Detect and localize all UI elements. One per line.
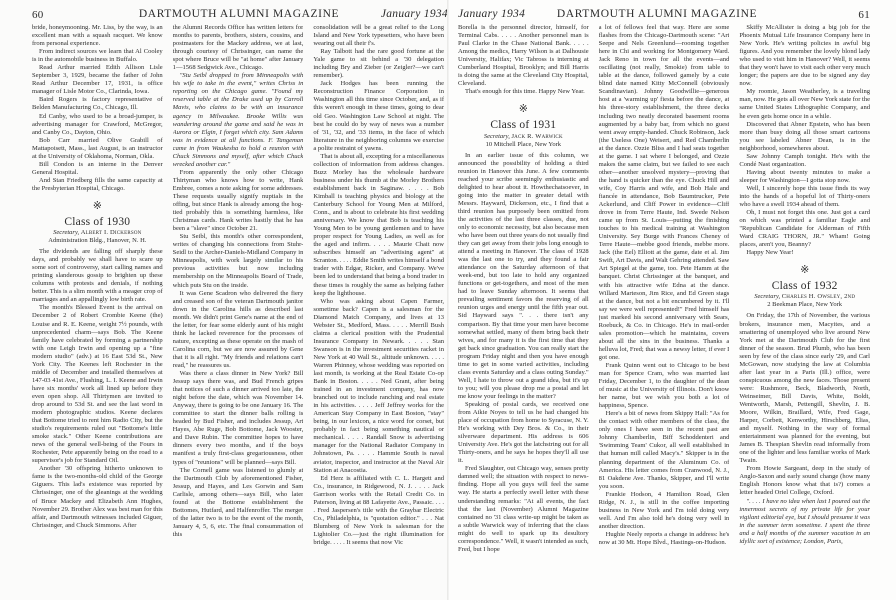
paragraph: Was there a class dinner in New York? Bi… [173,370,304,467]
paragraph: a lot of fellows feel that way. Here are… [599,24,730,362]
paragraph: Oh, I must not forget this one. Just got… [739,209,870,249]
paragraph: Well, I sincerely hope this issue finds … [739,185,870,209]
right-page: January 1934 DARTMOUTH ALUMNI MAGAZINE 6… [448,0,896,600]
paragraph: That is about all, excepting for a misce… [313,153,444,298]
running-head: 60 DARTMOUTH ALUMNI MAGAZINE January 193… [0,8,448,24]
issue-date: January 1934 [381,8,448,20]
section-ornament-icon: ※ [739,266,870,274]
paragraph: Ray Talbott had the rare good fortune at… [313,48,444,80]
secretary-name: Albert I. Dickerson [81,229,142,236]
magazine-title: DARTMOUTH ALUMNI MAGAZINE [448,8,896,20]
paragraph: The Cornell game was listened to glumly … [173,467,304,539]
paragraph: The month's Blessed Event is the arrival… [32,304,163,465]
columns: bride, honeymooning. Mr. Liss, by the wa… [32,24,444,570]
running-head: January 1934 DARTMOUTH ALUMNI MAGAZINE 6… [448,8,896,24]
paragraph: It was Gene Scadron who delivered the fi… [173,290,304,370]
paragraph: From Howie Sargeant, deep in the study o… [739,465,870,497]
paragraph: Hughie Neely reports a change in address… [599,531,730,547]
paragraph: Frankie Hodson, 4 Hamilton Road, Glen Ri… [599,491,730,531]
paragraph: From indirect sources we learn that Al C… [32,48,163,64]
class-heading: Class of 1930 [32,218,163,226]
paragraph: Read Arthur married Edith Allison Lisle … [32,64,163,96]
secretary-name: Charles H. Owsley, 2nd [782,293,855,300]
paragraph: Happy New Year! [739,249,870,257]
paragraph: Saw Johnny Camph tonight. He's with the … [739,153,870,169]
columns: Borella is the personnel director, himse… [458,24,870,570]
paragraph: Fred Slaughter, out Chicago way, senses … [458,465,589,554]
paragraph: On Friday, the 17th of November, the var… [739,312,870,465]
paragraph: Ed Herz is affiliated with C. L. Hargett… [313,475,444,547]
paragraph: Bill Condon is an interne in the Denver … [32,161,163,177]
paragraph: consolidation will be a great relief to … [313,24,444,48]
secretary-address: 2 Beekman Place, New York [739,301,870,309]
paragraph: Stu Seibl, this month's other correspond… [173,233,304,289]
paragraph: My roomie, Jason Weatherley, is a travel… [739,88,870,120]
paragraph: Ed Canby, who used to be a broad-jumper,… [32,113,163,137]
secretary-label: Secretary, [484,133,510,140]
secretary-address: Administration Bldg., Hanover, N. H. [32,237,163,245]
column: bride, honeymooning. Mr. Liss, by the wa… [32,24,163,570]
secretary-label: Secretary, [53,229,79,236]
left-page: 60 DARTMOUTH ALUMNI MAGAZINE January 193… [0,0,448,600]
class-secretary: Secretary, Jack R. Warwick [458,133,589,141]
paragraph: Who was asking about Capen Farmer, somet… [313,298,444,475]
paragraph: Discovered that Abner Epstein, who has b… [739,121,870,153]
paragraph: In an earlier issue of this column, we a… [458,152,589,401]
column: Skiffy McAllister is doing a big job for… [739,24,870,570]
class-heading: Class of 1932 [739,282,870,290]
paragraph: From apparently the only other Chicago T… [173,169,304,233]
column: consolidation will be a great relief to … [313,24,444,570]
paragraph: Speaking of postal cards, we received on… [458,401,589,465]
paragraph: Another '30 offspring hitherto unknown t… [32,465,163,529]
secretary-address: 10 Mitchell Place, New York [458,141,589,149]
secretary-name: Jack R. Warwick [511,133,562,140]
column: the Alumni Records Office has written le… [173,24,304,570]
paragraph: the Alumni Records Office has written le… [173,24,304,72]
section-ornament-icon: ※ [458,105,589,113]
paragraph: Baird Rogers is factory representative o… [32,96,163,112]
paragraph: Having about twenty minutes to make a sl… [739,169,870,185]
paragraph: Here's a bit of news from Skippy Hall: "… [599,410,730,490]
class-secretary: Secretary, Albert I. Dickerson [32,229,163,237]
section-ornament-icon: ※ [32,202,163,210]
column: Borella is the personnel director, himse… [458,24,589,570]
paragraph: Bob Carr married Olive Grabill of Mattap… [32,137,163,161]
class-secretary: Secretary, Charles H. Owsley, 2nd [739,293,870,301]
page-gutter [447,0,449,600]
column: a lot of fellows feel that way. Here are… [599,24,730,570]
paragraph: And Stan Friedberg fills the same capaci… [32,177,163,193]
paragraph: Frank Quinn went out to Chicago to be be… [599,362,730,410]
page-number: 61 [858,9,870,21]
paragraph: The dividends are falling off sharply th… [32,248,163,304]
paragraph: bride, honeymooning. Mr. Liss, by the wa… [32,24,163,48]
paragraph: ". . . . I have no idea when last I pour… [739,498,870,546]
magazine-spread: 60 DARTMOUTH ALUMNI MAGAZINE January 193… [0,0,896,600]
paragraph: "Stu Seibl dropped in from Minneapolis w… [173,72,304,169]
paragraph: That's enough for this time. Happy New Y… [458,88,589,96]
class-heading: Class of 1931 [458,121,589,129]
secretary-label: Secretary, [754,293,780,300]
paragraph: Jack Hodges has been running the Reconst… [313,80,444,152]
paragraph: Skiffy McAllister is doing a big job for… [739,24,870,88]
paragraph: Borella is the personnel director, himse… [458,24,589,88]
